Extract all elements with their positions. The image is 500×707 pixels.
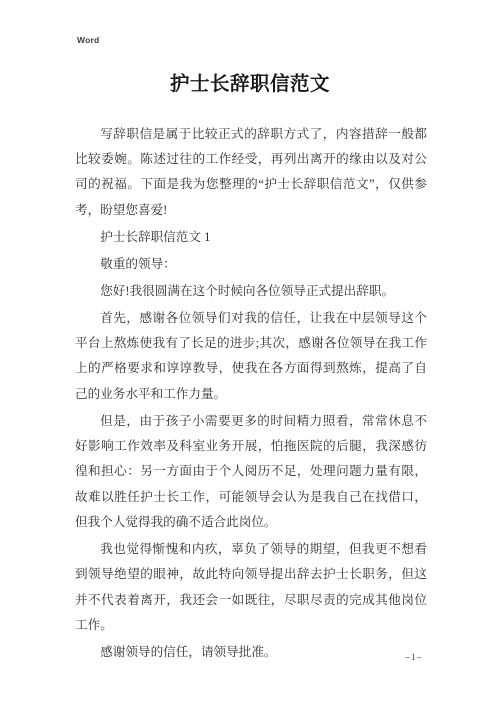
paragraph: 我也觉得惭愧和内疚，辜负了领导的期望，但我更不想看到领导绝望的眼神，故此特向领导…	[75, 537, 427, 638]
paragraph: 感谢领导的信任，请领导批准。	[75, 640, 427, 665]
document-title: 护士长辞职信范文	[0, 71, 500, 98]
document-body: 写辞职信是属于比较正式的辞职方式了，内容措辞一般都比较委婉。陈述过往的工作经受，…	[75, 122, 427, 668]
word-app-label: Word	[77, 35, 99, 45]
paragraph: 首先，感谢各位领导们对我的信任，让我在中层领导这个平台上熬炼使我有了长足的进步;…	[75, 306, 427, 407]
paragraph: 您好!我很圆满在这个时候向各位领导正式提出辞职。	[75, 279, 427, 304]
page-number: –1–	[405, 652, 423, 662]
paragraph: 敬重的领导：	[75, 252, 427, 277]
paragraph: 护士长辞职信范文 1	[75, 225, 427, 250]
document-page: Word 护士长辞职信范文 写辞职信是属于比较正式的辞职方式了，内容措辞一般都比…	[0, 0, 500, 707]
paragraph: 但是，由于孩子小需要更多的时间精力照看，常常休息不好影响工作效率及科室业务开展，…	[75, 409, 427, 536]
paragraph: 写辞职信是属于比较正式的辞职方式了，内容措辞一般都比较委婉。陈述过往的工作经受，…	[75, 122, 427, 223]
